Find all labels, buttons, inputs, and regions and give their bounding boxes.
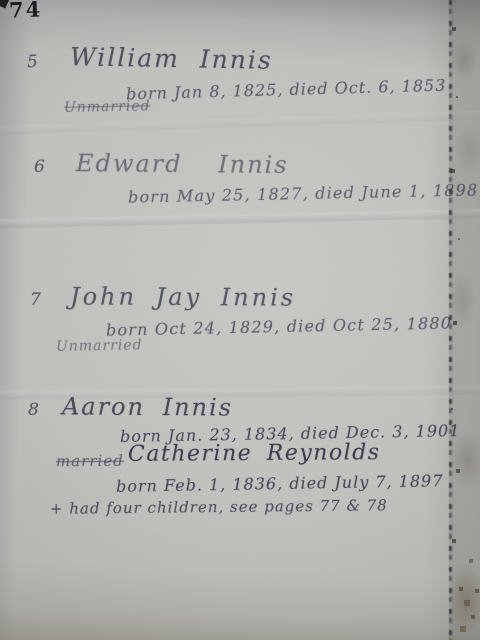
page-number: 74 (9, 0, 43, 23)
paper-crease (0, 209, 480, 229)
entry-8-spouse-dates: born Feb. 1, 1836, died July 7, 1897 (116, 471, 444, 496)
page-edge-strip (452, 0, 480, 640)
entry-5-dates: born Jan 8, 1825, died Oct. 6, 1853 (126, 76, 447, 104)
entry-8-number: 8 (28, 400, 39, 420)
entry-6-dates: born May 25, 1827, died June 1, 1898 (128, 180, 479, 206)
entry-7-dates: born Oct 24, 1829, died Oct 25, 1880 (106, 313, 452, 339)
entry-7-number: 7 (30, 290, 41, 310)
entry-8-children-note: + had four children, see pages 77 & 78 (50, 496, 388, 518)
entry-6-number: 6 (34, 157, 45, 177)
entry-7-note: Unmarried (56, 337, 143, 355)
entry-5-note: Unmarried (64, 98, 151, 116)
register-page-photo: 74 5 William Innis born Jan 8, 1825, die… (0, 0, 480, 640)
entry-8-married-label: married (56, 452, 124, 471)
entry-6-name: Edward Innis (76, 149, 289, 179)
entry-8-name: Aaron Innis (62, 392, 233, 421)
entry-5-number: 5 (26, 52, 38, 73)
entry-7-name: John Jay Innis (70, 282, 296, 311)
entry-8-spouse-name: Catherine Reynolds (128, 440, 381, 467)
entry-5-name: William Innis (70, 42, 273, 75)
